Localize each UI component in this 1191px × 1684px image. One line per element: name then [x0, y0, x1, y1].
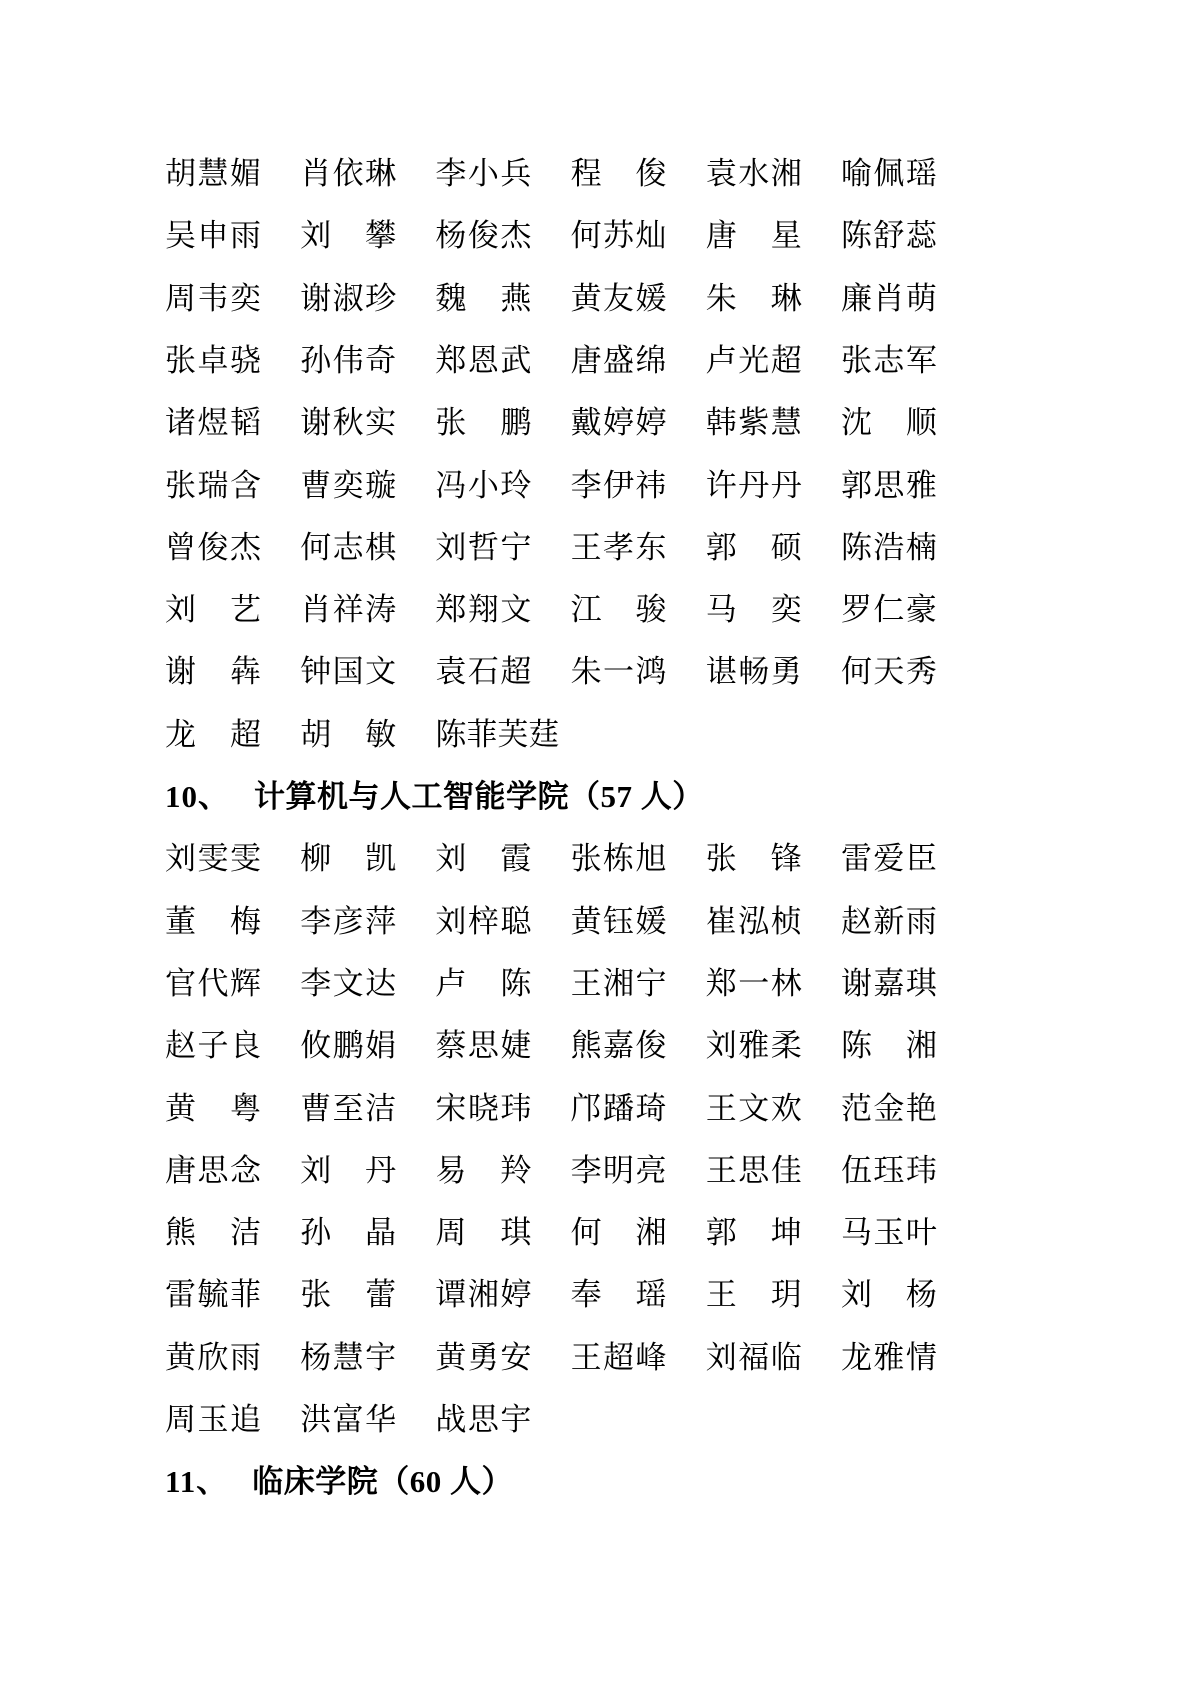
- name-row: 唐思念刘丹易羚李明亮王思佳伍珏玮: [165, 1140, 955, 1202]
- name-cell: 周韦奕: [165, 282, 261, 316]
- name-cell: 孙晶: [300, 1216, 396, 1250]
- name-cell: 马奕: [706, 593, 802, 627]
- name-cell: 胡慧媚: [165, 157, 261, 191]
- name-cell: 刘雅柔: [706, 1029, 802, 1063]
- name-cell: 唐盛绵: [571, 344, 667, 378]
- name-cell: 赵子良: [165, 1029, 261, 1063]
- name-cell: 郑翔文: [435, 593, 531, 627]
- name-cell: 马玉叶: [841, 1216, 937, 1250]
- name-cell: 孙伟奇: [300, 344, 396, 378]
- name-cell: 刘霞: [435, 842, 531, 876]
- section-heading: 10、计算机与人工智能学院（57 人）: [165, 766, 955, 828]
- name-cell: 谢淑珍: [300, 282, 396, 316]
- section-heading-title: 计算机与人工智能学院（57 人）: [254, 780, 704, 814]
- name-cell: 易羚: [435, 1154, 531, 1188]
- name-cell: 伍珏玮: [841, 1154, 937, 1188]
- name-cell: 刘攀: [300, 219, 396, 253]
- name-cell: 黄勇安: [435, 1341, 531, 1375]
- name-cell: 柳凯: [300, 842, 396, 876]
- name-cell: 戴婷婷: [571, 406, 667, 440]
- name-cell: 王玥: [706, 1278, 802, 1312]
- name-row: 周玉追洪富华战思宇: [165, 1389, 955, 1451]
- name-list-content: 胡慧媚肖依琳李小兵程俊袁水湘喻佩瑶吴申雨刘攀杨俊杰何苏灿唐星陈舒蕊周韦奕谢淑珍魏…: [165, 143, 955, 1514]
- name-cell: 董梅: [165, 905, 261, 939]
- name-row: 刘雯雯柳凯刘霞张栋旭张锋雷爱臣: [165, 828, 955, 890]
- name-cell: 陈舒蕊: [841, 219, 937, 253]
- name-cell: 卢光超: [706, 344, 802, 378]
- name-cell: 刘丹: [300, 1154, 396, 1188]
- name-cell: 郑恩武: [435, 344, 531, 378]
- name-cell: 唐思念: [165, 1154, 261, 1188]
- name-cell: 王湘宁: [571, 967, 667, 1001]
- name-row: 周韦奕谢淑珍魏燕黄友媛朱琳廉肖萌: [165, 268, 955, 330]
- name-cell: 龙超: [165, 718, 261, 752]
- name-cell: 刘艺: [165, 593, 261, 627]
- name-row: 谢犇钟国文袁石超朱一鸿谌畅勇何天秀: [165, 641, 955, 703]
- name-cell: 张蕾: [300, 1278, 396, 1312]
- name-row: 黄粤曹至洁宋晓玮邝蹯琦王文欢范金艳: [165, 1077, 955, 1139]
- name-cell: 熊洁: [165, 1216, 261, 1250]
- name-row: 刘艺肖祥涛郑翔文江骏马奕罗仁豪: [165, 579, 955, 641]
- name-cell: 周琪: [435, 1216, 531, 1250]
- name-cell: 刘福临: [706, 1341, 802, 1375]
- section-heading: 11、临床学院（60 人）: [165, 1451, 955, 1513]
- name-cell: 曹奕璇: [300, 469, 396, 503]
- name-cell: 何天秀: [841, 655, 937, 689]
- name-cell: 张栋旭: [571, 842, 667, 876]
- name-cell: 黄粤: [165, 1092, 261, 1126]
- name-cell: 何苏灿: [571, 219, 667, 253]
- section: 10、计算机与人工智能学院（57 人）刘雯雯柳凯刘霞张栋旭张锋雷爱臣董梅李彦萍刘…: [165, 766, 955, 1451]
- name-cell: 廉肖萌: [841, 282, 937, 316]
- name-cell: 何志棋: [300, 531, 396, 565]
- name-cell: 刘梓聪: [435, 905, 531, 939]
- name-cell: 郭硕: [706, 531, 802, 565]
- section: 11、临床学院（60 人）: [165, 1451, 955, 1513]
- name-cell: 黄友媛: [571, 282, 667, 316]
- name-cell: 邝蹯琦: [571, 1092, 667, 1126]
- name-cell: 曹至洁: [300, 1092, 396, 1126]
- name-cell: 张瑞含: [165, 469, 261, 503]
- name-cell: 江骏: [571, 593, 667, 627]
- name-row: 官代辉李文达卢陈王湘宁郑一林谢嘉琪: [165, 953, 955, 1015]
- name-cell: 袁水湘: [706, 157, 802, 191]
- section-heading-number: 10、: [165, 780, 230, 814]
- name-row: 吴申雨刘攀杨俊杰何苏灿唐星陈舒蕊: [165, 205, 955, 267]
- name-cell: 罗仁豪: [841, 593, 937, 627]
- name-row: 熊洁孙晶周琪何湘郭坤马玉叶: [165, 1202, 955, 1264]
- name-cell: 李明亮: [571, 1154, 667, 1188]
- document-page: 胡慧媚肖依琳李小兵程俊袁水湘喻佩瑶吴申雨刘攀杨俊杰何苏灿唐星陈舒蕊周韦奕谢淑珍魏…: [0, 0, 1191, 1684]
- name-cell: 吴申雨: [165, 219, 261, 253]
- name-cell: 宋晓玮: [435, 1092, 531, 1126]
- name-cell: 许丹丹: [706, 469, 802, 503]
- name-cell: 范金艳: [841, 1092, 937, 1126]
- name-row: 张卓骁孙伟奇郑恩武唐盛绵卢光超张志军: [165, 330, 955, 392]
- name-row: 胡慧媚肖依琳李小兵程俊袁水湘喻佩瑶: [165, 143, 955, 205]
- name-cell: 刘雯雯: [165, 842, 261, 876]
- name-cell: 袁石超: [435, 655, 531, 689]
- name-cell: 李文达: [300, 967, 396, 1001]
- name-cell: 官代辉: [165, 967, 261, 1001]
- name-row: 龙超胡敏陈菲芙莛: [165, 704, 955, 766]
- name-cell: 蔡思婕: [435, 1029, 531, 1063]
- name-cell: 谢犇: [165, 655, 261, 689]
- name-cell: 洪富华: [300, 1403, 396, 1437]
- section-heading-number: 11、: [165, 1465, 228, 1499]
- name-cell: 雷毓菲: [165, 1278, 261, 1312]
- name-cell: 刘杨: [841, 1278, 937, 1312]
- name-cell: 谢秋实: [300, 406, 396, 440]
- name-cell: 魏燕: [435, 282, 531, 316]
- name-cell: 周玉追: [165, 1403, 261, 1437]
- name-cell: 朱一鸿: [571, 655, 667, 689]
- name-cell: 杨俊杰: [435, 219, 531, 253]
- name-cell: 郭坤: [706, 1216, 802, 1250]
- name-row: 黄欣雨杨慧宇黄勇安王超峰刘福临龙雅情: [165, 1327, 955, 1389]
- name-cell: 喻佩瑶: [841, 157, 937, 191]
- name-cell: 李伊祎: [571, 469, 667, 503]
- name-cell: 杨慧宇: [300, 1341, 396, 1375]
- name-cell: 王孝东: [571, 531, 667, 565]
- section-heading-title: 临床学院（60 人）: [252, 1465, 513, 1499]
- name-cell: 胡敏: [300, 718, 396, 752]
- name-cell: 郑一林: [706, 967, 802, 1001]
- name-cell: 韩紫慧: [706, 406, 802, 440]
- name-cell: 赵新雨: [841, 905, 937, 939]
- name-cell: 谭湘婷: [435, 1278, 531, 1312]
- name-cell: 朱琳: [706, 282, 802, 316]
- name-cell: 冯小玲: [435, 469, 531, 503]
- name-cell: 黄钰媛: [571, 905, 667, 939]
- name-cell: 钟国文: [300, 655, 396, 689]
- name-cell: 熊嘉俊: [571, 1029, 667, 1063]
- name-cell: 战思宇: [435, 1403, 531, 1437]
- name-row: 赵子良攸鹏娟蔡思婕熊嘉俊刘雅柔陈湘: [165, 1015, 955, 1077]
- name-cell: 王超峰: [571, 1341, 667, 1375]
- name-cell: 王思佳: [706, 1154, 802, 1188]
- name-cell: 黄欣雨: [165, 1341, 261, 1375]
- name-row: 诸煜韬谢秋实张鹏戴婷婷韩紫慧沈顺: [165, 392, 955, 454]
- name-row: 张瑞含曹奕璇冯小玲李伊祎许丹丹郭思雅: [165, 454, 955, 516]
- name-cell: 崔泓桢: [706, 905, 802, 939]
- name-cell: 谌畅勇: [706, 655, 802, 689]
- name-cell: 张鹏: [435, 406, 531, 440]
- name-cell: 张卓骁: [165, 344, 261, 378]
- name-cell: 龙雅情: [841, 1341, 937, 1375]
- name-cell: 沈顺: [841, 406, 937, 440]
- name-cell: 肖依琳: [300, 157, 396, 191]
- name-cell: 张志军: [841, 344, 937, 378]
- name-cell: 谢嘉琪: [841, 967, 937, 1001]
- name-row: 董梅李彦萍刘梓聪黄钰媛崔泓桢赵新雨: [165, 891, 955, 953]
- name-cell: 雷爱臣: [841, 842, 937, 876]
- name-cell: 肖祥涛: [300, 593, 396, 627]
- section: 胡慧媚肖依琳李小兵程俊袁水湘喻佩瑶吴申雨刘攀杨俊杰何苏灿唐星陈舒蕊周韦奕谢淑珍魏…: [165, 143, 955, 766]
- name-cell: 陈浩楠: [841, 531, 937, 565]
- name-cell: 陈菲芙莛: [435, 718, 559, 752]
- name-cell: 诸煜韬: [165, 406, 261, 440]
- name-cell: 唐星: [706, 219, 802, 253]
- name-cell: 陈湘: [841, 1029, 937, 1063]
- name-cell: 王文欢: [706, 1092, 802, 1126]
- name-cell: 卢陈: [435, 967, 531, 1001]
- name-cell: 曾俊杰: [165, 531, 261, 565]
- name-cell: 郭思雅: [841, 469, 937, 503]
- name-row: 曾俊杰何志棋刘哲宁王孝东郭硕陈浩楠: [165, 517, 955, 579]
- name-cell: 李小兵: [435, 157, 531, 191]
- name-cell: 何湘: [571, 1216, 667, 1250]
- name-row: 雷毓菲张蕾谭湘婷奉瑶王玥刘杨: [165, 1264, 955, 1326]
- name-cell: 李彦萍: [300, 905, 396, 939]
- name-cell: 刘哲宁: [435, 531, 531, 565]
- name-cell: 程俊: [571, 157, 667, 191]
- name-cell: 攸鹏娟: [300, 1029, 396, 1063]
- name-cell: 奉瑶: [571, 1278, 667, 1312]
- name-cell: 张锋: [706, 842, 802, 876]
